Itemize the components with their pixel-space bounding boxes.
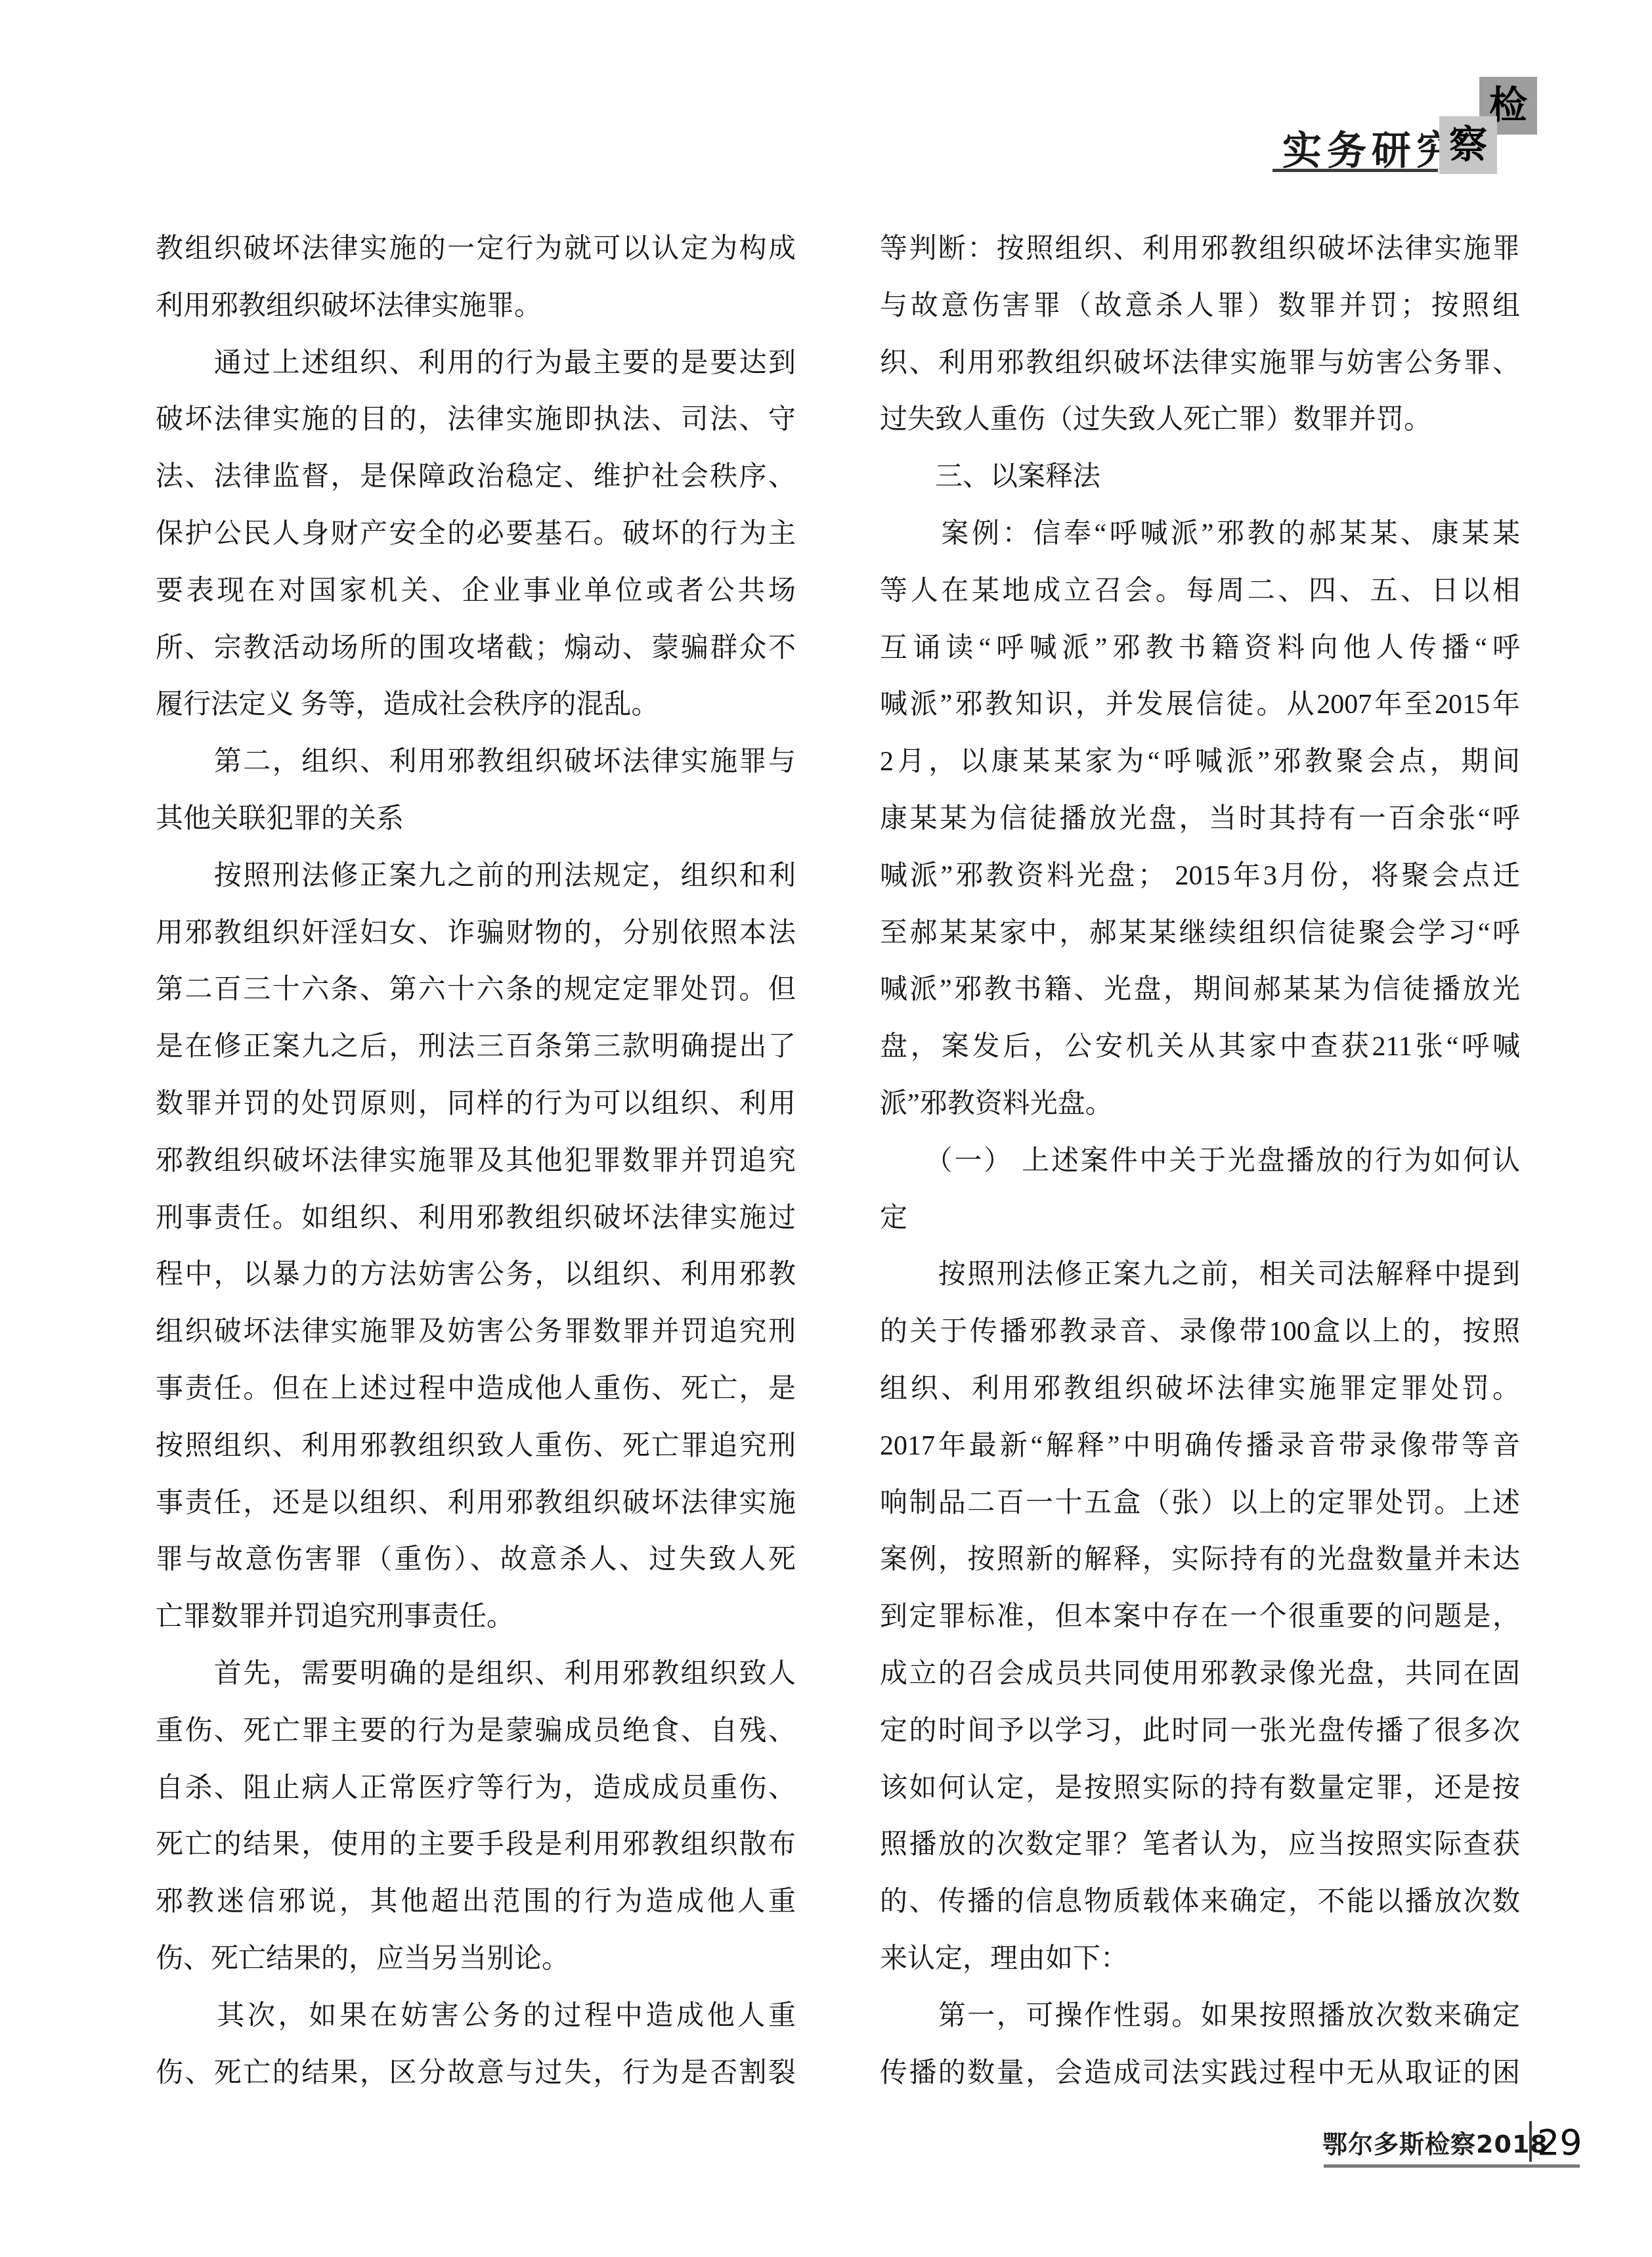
text-line: 喊派”邪教书籍、光盘，期间郝某某为信徒播放光	[880, 973, 1520, 1030]
text-line: 等人在某地成立召会。每周二、四、五、日以相	[880, 574, 1520, 631]
text-line: 重伤、死亡罪主要的行为是蒙骗成员绝食、自残、	[156, 1714, 796, 1771]
text-line: 其他关联犯罪的关系	[156, 802, 796, 859]
text-line: 按照刑法修正案九之前，相关司法解释中提到	[880, 1258, 1520, 1315]
text-line: 定	[880, 1201, 1520, 1258]
text-line: 保护公民人身财产安全的必要基石。破坏的行为主	[156, 517, 796, 574]
text-line: 数罪并罚的处罚原则，同样的行为可以组织、利用	[156, 1087, 796, 1144]
text-line: 事责任。但在上述过程中造成他人重伤、死亡，是	[156, 1372, 796, 1429]
text-line: 履行法定义 务等，造成社会秩序的混乱。	[156, 688, 796, 745]
footer-divider	[1529, 2121, 1532, 2162]
text-line: 死亡的结果，使用的主要手段是利用邪教组织散布	[156, 1828, 796, 1885]
text-line: 是在修正案九之后，刑法三百条第三款明确提出了	[156, 1030, 796, 1087]
right-column: 等判断：按照组织、利用邪教组织破坏法律实施罪与故意伤害罪（故意杀人罪）数罪并罚；…	[880, 232, 1520, 2113]
text-line: 第二百三十六条、第六十六条的规定定罪处罚。但	[156, 973, 796, 1030]
text-line: 第二，组织、利用邪教组织破坏法律实施罪与	[156, 745, 796, 802]
text-line: 盘，案发后，公安机关从其家中查获211张“呼喊	[880, 1030, 1520, 1087]
text-line: 按照刑法修正案九之前的刑法规定，组织和利	[156, 859, 796, 916]
text-line: 破坏法律实施的目的，法律实施即执法、司法、守	[156, 403, 796, 460]
text-line: 康某某为信徒播放光盘，当时其持有一百余张“呼	[880, 802, 1520, 859]
text-line: 按照组织、利用邪教组织致人重伤、死亡罪追究刑	[156, 1429, 796, 1486]
text-line: 案例，按照新的解释，实际持有的光盘数量并未达	[880, 1543, 1520, 1600]
text-line: 用邪教组织奸淫妇女、诈骗财物的，分别依照本法	[156, 916, 796, 973]
left-column: 教组织破坏法律实施的一定行为就可以认定为构成利用邪教组织破坏法律实施罪。 通过上…	[156, 232, 796, 2113]
text-line: （一） 上述案件中关于光盘播放的行为如何认	[880, 1144, 1520, 1201]
text-line: 罪与故意伤害罪（重伤）、故意杀人、过失致人死	[156, 1543, 796, 1600]
text-line: 成立的召会成员共同使用邪教录像光盘，共同在固	[880, 1657, 1520, 1714]
text-line: 2017年最新“解释”中明确传播录音带录像带等音	[880, 1429, 1520, 1486]
text-line: 教组织破坏法律实施的一定行为就可以认定为构成	[156, 232, 796, 289]
page-number: 29	[1537, 2124, 1582, 2162]
text-line: 所、宗教活动场所的围攻堵截；煽动、蒙骗群众不	[156, 631, 796, 688]
journal-name: 鄂尔多斯检察2018	[1322, 2128, 1548, 2160]
badge-cha: 察	[1439, 116, 1497, 174]
text-line: 到定罪标准，但本案中存在一个很重要的问题是，	[880, 1600, 1520, 1657]
text-line: 照播放的次数定罪？笔者认为，应当按照实际查获	[880, 1828, 1520, 1885]
footer-rule	[1324, 2164, 1580, 2168]
text-line: 程中，以暴力的方法妨害公务，以组织、利用邪教	[156, 1258, 796, 1315]
text-line: 喊派”邪教知识，并发展信徒。从2007年至2015年	[880, 688, 1520, 745]
text-line: 2月，以康某某家为“呼喊派”邪教聚会点，期间	[880, 745, 1520, 802]
section-title: 实务研究	[1282, 131, 1461, 171]
text-line: 来认定，理由如下：	[880, 1942, 1520, 1999]
text-line: 织、利用邪教组织破坏法律实施罪与妨害公务罪、	[880, 346, 1520, 403]
text-line: 邪教组织破坏法律实施罪及其他犯罪数罪并罚追究	[156, 1144, 796, 1201]
text-line: 第一，可操作性弱。如果按照播放次数来确定	[880, 1999, 1520, 2056]
text-line: 互诵读“呼喊派”邪教书籍资料向他人传播“呼	[880, 631, 1520, 688]
journal-page: 实务研究 察 检 教组织破坏法律实施的一定行为就可以认定为构成利用邪教组织破坏法…	[0, 0, 1652, 2257]
text-line: 法、法律监督，是保障政治稳定、维护社会秩序、	[156, 460, 796, 517]
text-line: 通过上述组织、利用的行为最主要的是要达到	[156, 346, 796, 403]
text-line: 该如何认定，是按照实际的持有数量定罪，还是按	[880, 1771, 1520, 1828]
text-line: 等判断：按照组织、利用邪教组织破坏法律实施罪	[880, 232, 1520, 289]
text-line: 其次，如果在妨害公务的过程中造成他人重	[156, 1999, 796, 2056]
text-line: 伤、死亡结果的，应当另当别论。	[156, 1942, 796, 1999]
text-line: 三、以案释法	[880, 460, 1520, 517]
text-line: 组织破坏法律实施罪及妨害公务罪数罪并罚追究刑	[156, 1315, 796, 1372]
text-line: 事责任，还是以组织、利用邪教组织破坏法律实施	[156, 1486, 796, 1543]
title-underline	[1272, 169, 1438, 172]
text-line: 利用邪教组织破坏法律实施罪。	[156, 289, 796, 346]
text-line: 派”邪教资料光盘。	[880, 1087, 1520, 1144]
text-line: 邪教迷信邪说，其他超出范围的行为造成他人重	[156, 1885, 796, 1942]
text-line: 的、传播的信息物质载体来确定，不能以播放次数	[880, 1885, 1520, 1942]
text-line: 喊派”邪教资料光盘； 2015年3月份，将聚会点迁	[880, 859, 1520, 916]
text-line: 传播的数量，会造成司法实践过程中无从取证的困	[880, 2056, 1520, 2113]
text-line: 至郝某某家中，郝某某继续组织信徒聚会学习“呼	[880, 916, 1520, 973]
text-line: 案例：信奉“呼喊派”邪教的郝某某、康某某	[880, 517, 1520, 574]
text-line: 亡罪数罪并罚追究刑事责任。	[156, 1600, 796, 1657]
text-line: 首先，需要明确的是组织、利用邪教组织致人	[156, 1657, 796, 1714]
text-line: 伤、死亡的结果，区分故意与过失，行为是否割裂	[156, 2056, 796, 2113]
text-line: 定的时间予以学习，此时同一张光盘传播了很多次	[880, 1714, 1520, 1771]
text-line: 刑事责任。如组织、利用邪教组织破坏法律实施过	[156, 1201, 796, 1258]
text-line: 响制品二百一十五盒（张）以上的定罪处罚。上述	[880, 1486, 1520, 1543]
text-line: 过失致人重伤（过失致人死亡罪）数罪并罚。	[880, 403, 1520, 460]
text-line: 的关于传播邪教录音、录像带100盒以上的，按照	[880, 1315, 1520, 1372]
text-line: 要表现在对国家机关、企业事业单位或者公共场	[156, 574, 796, 631]
text-line: 与故意伤害罪（故意杀人罪）数罪并罚；按照组	[880, 289, 1520, 346]
text-line: 自杀、阻止病人正常医疗等行为，造成成员重伤、	[156, 1771, 796, 1828]
text-line: 组织、利用邪教组织破坏法律实施罪定罪处罚。	[880, 1372, 1520, 1429]
